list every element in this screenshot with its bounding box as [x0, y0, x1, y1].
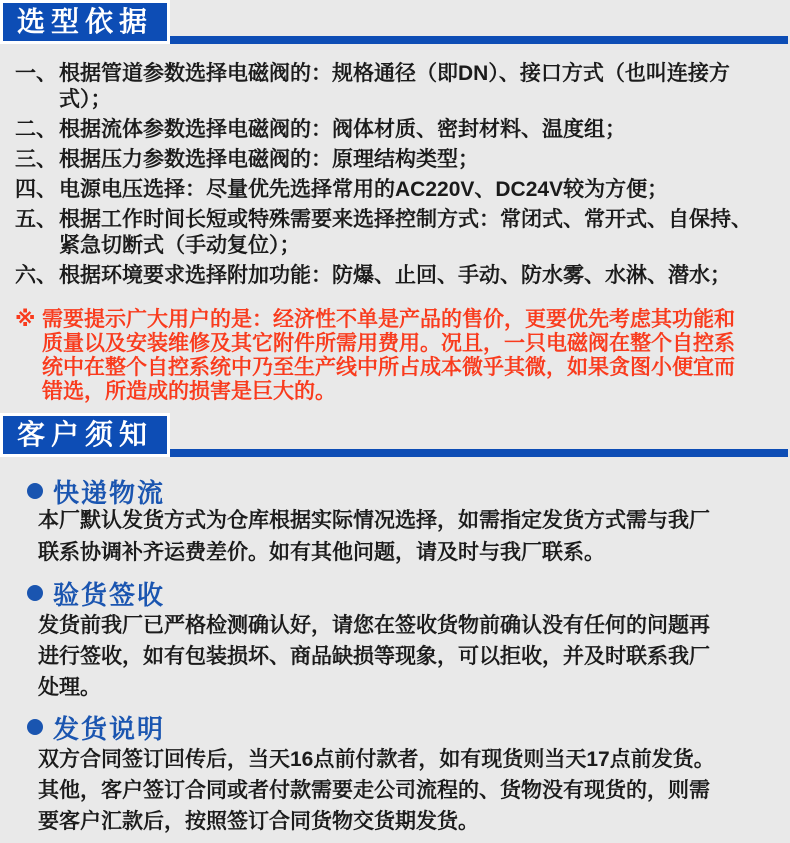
selection-criteria-list: 一、 根据管道参数选择电磁阀的：规格通径（即DN）、接口方式（也叫连接方 式）；… — [15, 61, 773, 293]
note-text: 需要提示广大用户的是：经济性不单是产品的售价，更要优先考虑其功能和 质量以及安装… — [42, 308, 735, 404]
list-item-text: 根据环境要求选择附加功能：防爆、止回、手动、防水雾、水淋、潜水； — [59, 263, 773, 289]
bullet-dot-icon — [27, 719, 43, 735]
notice-heading-inspection: 验货签收 — [27, 578, 165, 608]
list-item: 六、 根据环境要求选择附加功能：防爆、止回、手动、防水雾、水淋、潜水； — [15, 263, 773, 289]
list-item-text: 根据管道参数选择电磁阀的：规格通径（即DN）、接口方式（也叫连接方 式）； — [59, 61, 773, 113]
list-item-marker: 五、 — [15, 207, 59, 259]
bullet-dot-icon — [27, 585, 43, 601]
product-info-banner: 选型依据 一、 根据管道参数选择电磁阀的：规格通径（即DN）、接口方式（也叫连接… — [0, 0, 790, 843]
list-item-marker: 四、 — [15, 177, 59, 203]
list-item-marker: 三、 — [15, 147, 59, 173]
note-marker: ※ — [15, 308, 42, 404]
notice-heading-shipping: 快递物流 — [27, 476, 165, 506]
list-item-text: 根据工作时间长短或特殊需要来选择控制方式：常闭式、常开式、自保持、 紧急切断式（… — [59, 207, 773, 259]
list-item-marker: 六、 — [15, 263, 59, 289]
list-item-text: 根据流体参数选择电磁阀的：阀体材质、密封材料、温度组； — [59, 117, 773, 143]
section-header-selection-basis: 选型依据 — [0, 0, 790, 46]
economic-warning-note: ※ 需要提示广大用户的是：经济性不单是产品的售价，更要优先考虑其功能和 质量以及… — [15, 308, 775, 404]
list-item: 三、 根据压力参数选择电磁阀的：原理结构类型； — [15, 147, 773, 173]
list-item: 四、 电源电压选择：尽量优先选择常用的AC220V、DC24V较为方便； — [15, 177, 773, 203]
notice-body-delivery: 双方合同签订回传后，当天16点前付款者，如有现货则当天17点前发货。 其他，客户… — [38, 744, 775, 837]
section-header-customer-notice: 客户须知 — [0, 413, 790, 459]
list-item-marker: 二、 — [15, 117, 59, 143]
list-item-text: 电源电压选择：尽量优先选择常用的AC220V、DC24V较为方便； — [59, 177, 773, 203]
notice-body-inspection: 发货前我厂已严格检测确认好，请您在签收货物前确认没有任何的问题再 进行签收，如有… — [38, 610, 775, 703]
list-item: 一、 根据管道参数选择电磁阀的：规格通径（即DN）、接口方式（也叫连接方 式）； — [15, 61, 773, 113]
list-item-marker: 一、 — [15, 61, 59, 113]
section-title-selection-basis: 选型依据 — [0, 0, 170, 44]
list-item: 二、 根据流体参数选择电磁阀的：阀体材质、密封材料、温度组； — [15, 117, 773, 143]
list-item: 五、 根据工作时间长短或特殊需要来选择控制方式：常闭式、常开式、自保持、 紧急切… — [15, 207, 773, 259]
section-title-customer-notice: 客户须知 — [0, 413, 170, 457]
notice-body-shipping: 本厂默认发货方式为仓库根据实际情况选择，如需指定发货方式需与我厂 联系协调补齐运… — [38, 505, 775, 569]
list-item-text: 根据压力参数选择电磁阀的：原理结构类型； — [59, 147, 773, 173]
notice-heading-delivery: 发货说明 — [27, 712, 165, 742]
bullet-dot-icon — [27, 483, 43, 499]
